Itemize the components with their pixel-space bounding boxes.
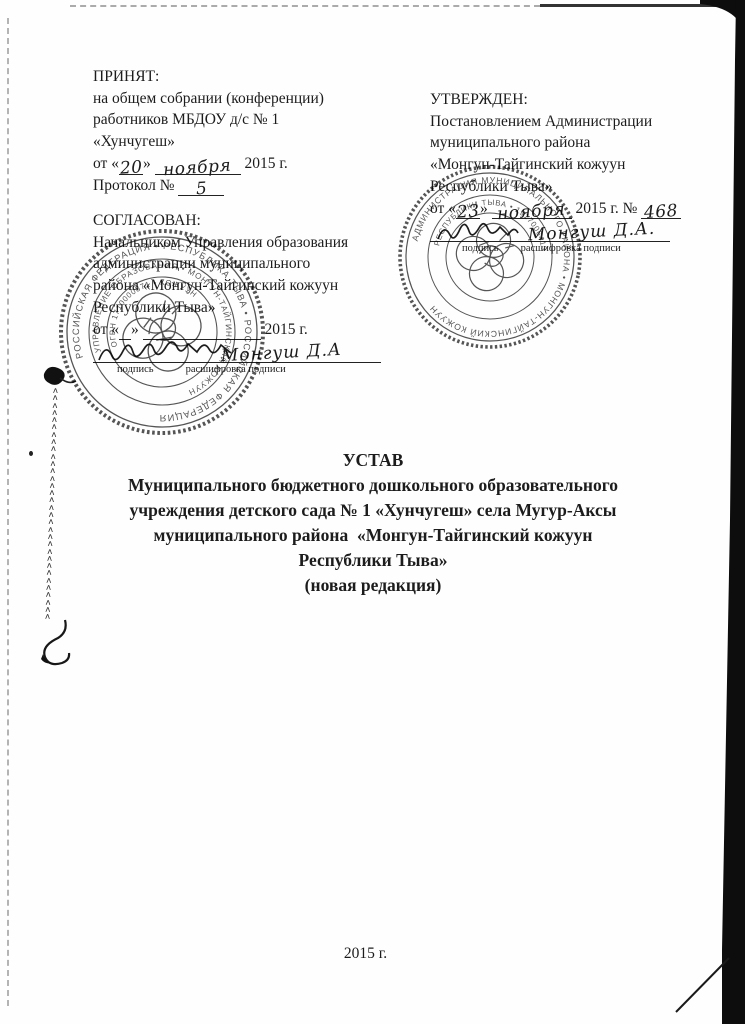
approved-line: муниципального района [430,132,735,154]
date-prefix: от « [93,155,119,172]
date-year: 2015 г. [244,155,287,172]
accepted-date-line: от «20» ноября 2015 г. [93,153,428,175]
scan-speck [29,451,33,456]
title-line-ustav: УСТАВ [58,448,688,473]
title-line: учреждения детского сада № 1 «Хунчугеш» … [58,498,688,523]
accepted-line: работников МБДОУ д/с № 1 [93,109,428,131]
handwritten-month: ноября [163,155,233,181]
date-close: » [143,155,151,172]
document-title: УСТАВ Муниципального бюджетного дошкольн… [58,448,688,598]
handwritten-protocol-number: 5 [195,179,208,201]
scanned-document-page: ʌʌʌʌʌʌʌʌʌʌʌʌʌʌʌʌʌʌʌʌʌʌʌʌʌʌʌʌʌʌʌʌ ПРИНЯТ:… [0,0,745,1024]
title-line: Республики Тыва» [58,548,688,573]
approved-heading: УТВЕРЖДЕН: [430,89,735,111]
accepted-line: «Хунчугеш» [93,131,428,153]
date-month-underline: ноября [155,157,241,175]
scan-edge-left [7,18,9,1006]
title-line: Муниципального бюджетного дошкольного об… [58,473,688,498]
accepted-block: ПРИНЯТ: на общем собрании (конференции) … [93,66,428,196]
scan-hair-hook-bottom [33,616,79,666]
accepted-line: на общем собрании (конференции) [93,88,428,110]
approved-line: Постановлением Администрации [430,111,735,133]
scan-edge-top-solid [540,4,745,7]
title-line: муниципального района «Монгун-Тайгинский… [58,523,688,548]
protocol-underline: 5 [178,178,224,196]
title-line-edition: (новая редакция) [58,573,688,598]
stamp-emblem-quatrefoil [450,217,531,298]
doc-number-underline: 468 [641,201,681,219]
footer-year: 2015 г. [0,945,731,963]
date-day-underline: 20 [119,157,143,175]
handwritten-day: 20 [119,157,143,180]
official-round-stamp-right: АДМИНИСТРАЦИЯ МУНИЦИПАЛЬНОГО РАЙОНА • МО… [377,144,602,369]
accepted-heading: ПРИНЯТ: [93,66,428,88]
scan-edge-top-dashed [70,5,540,7]
